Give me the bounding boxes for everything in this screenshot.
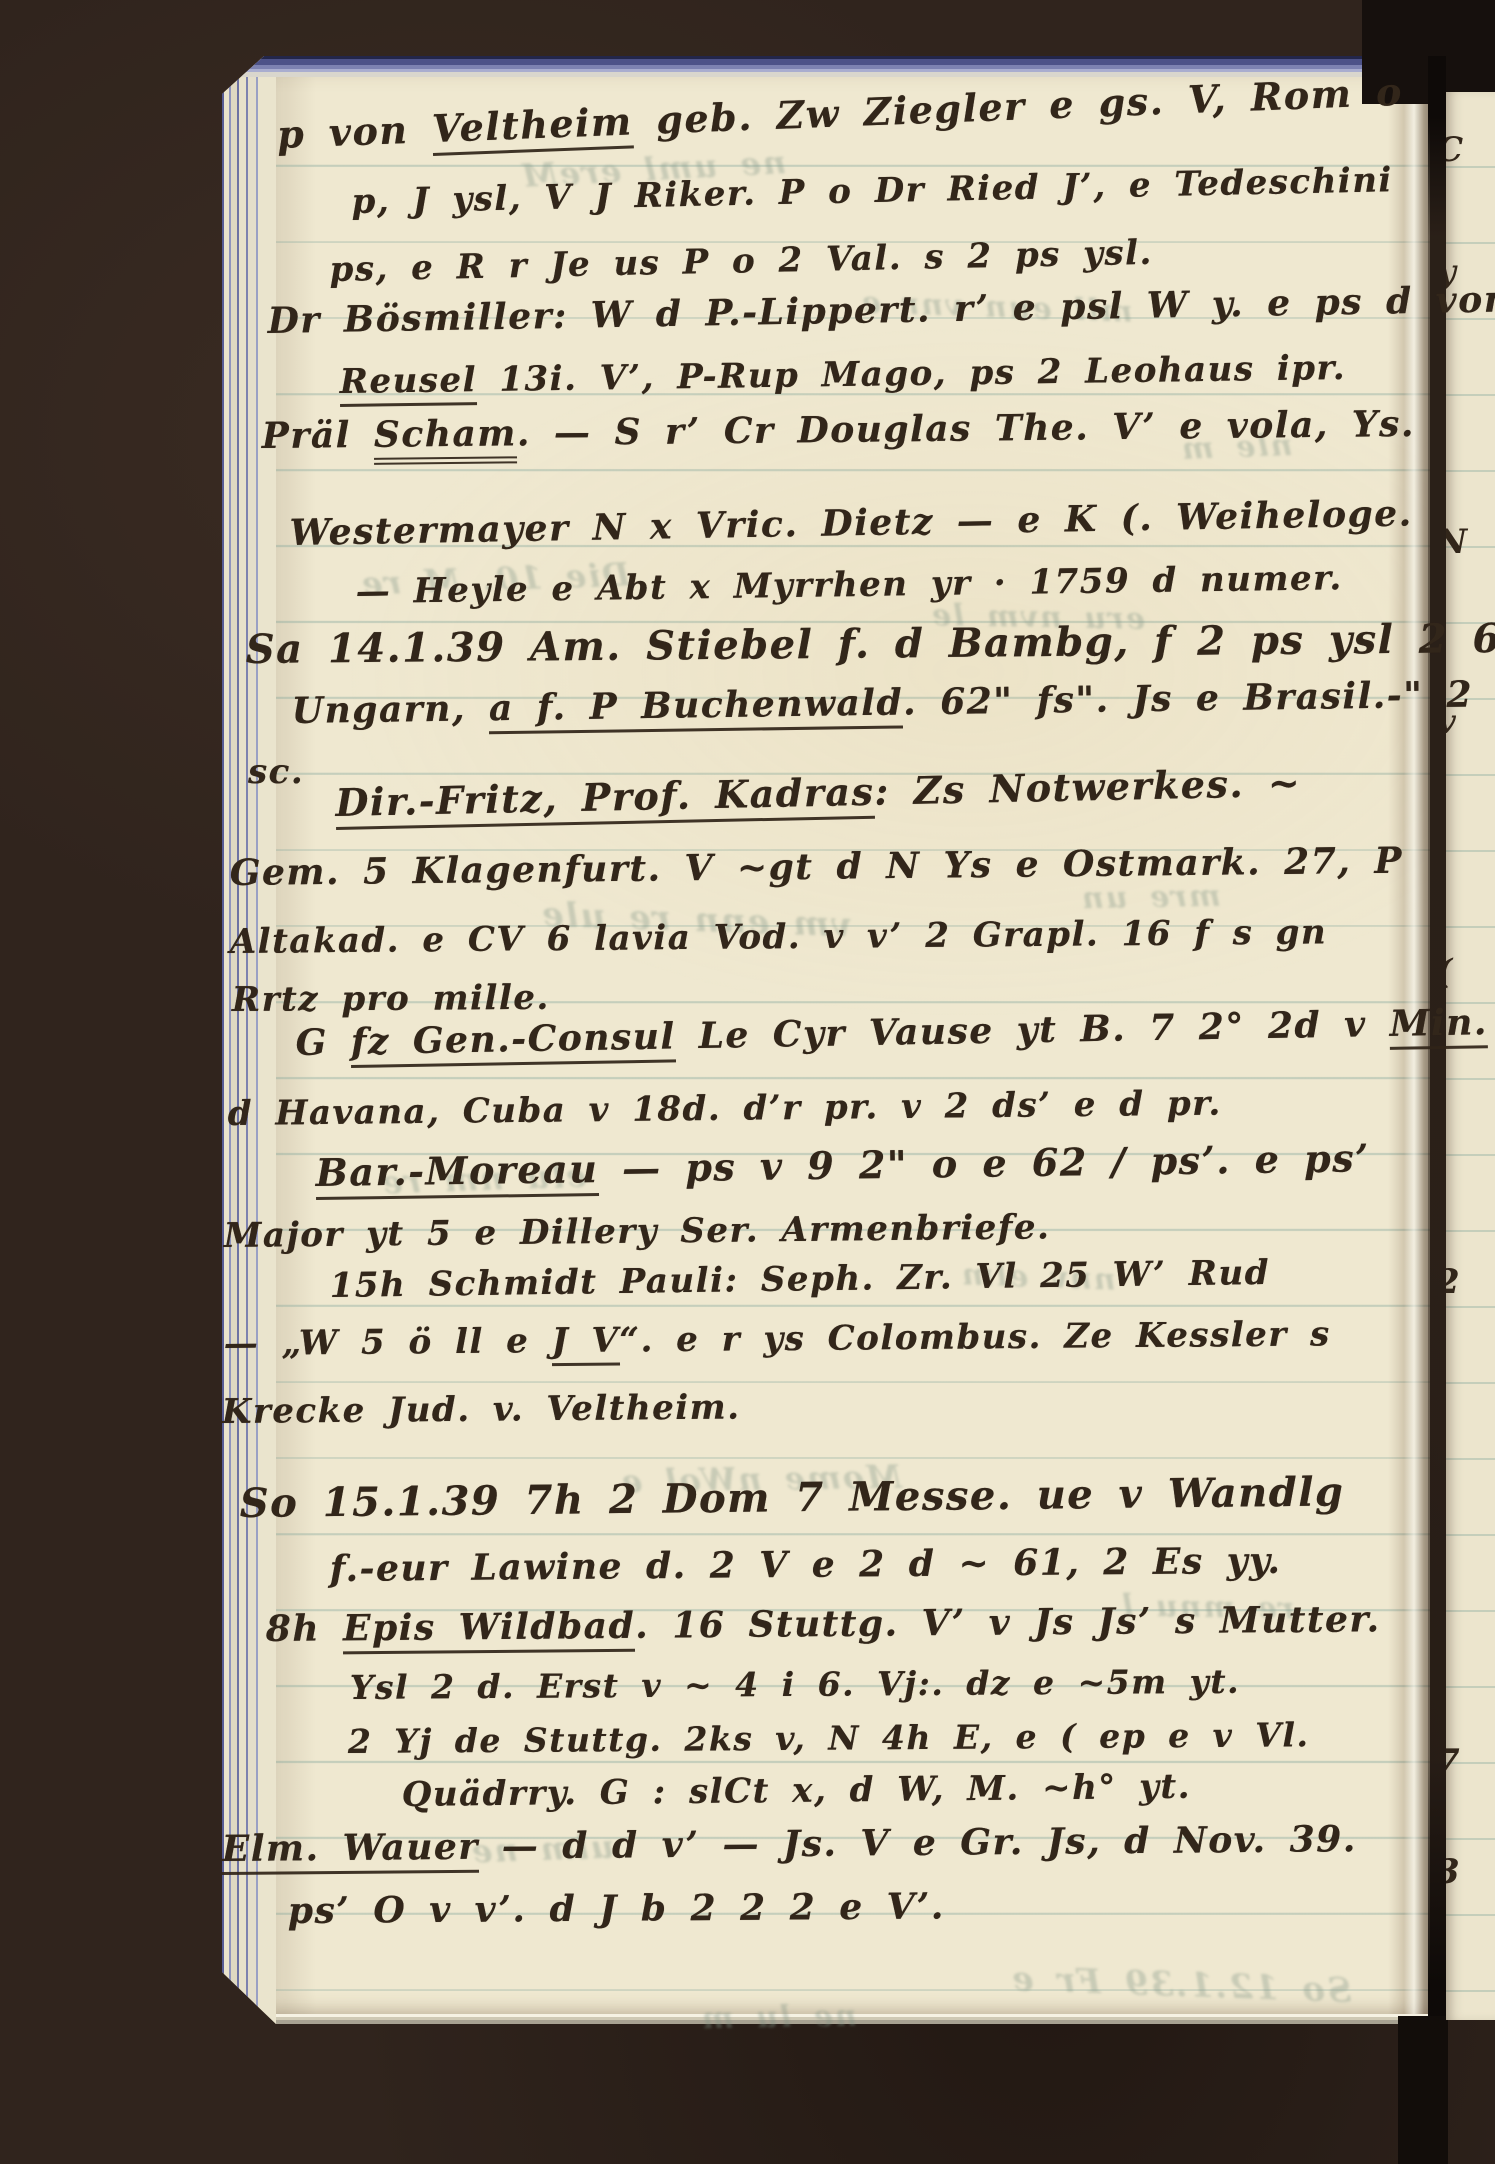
handwritten-line: — Heyle e Abt x Myrrhen yr · 1759 d nume… xyxy=(355,558,1343,612)
handwritten-line: Dir.-Fritz, Prof. Kadras: Zs Notwerkes. … xyxy=(335,760,1302,825)
handwritten-line: ps, e R r Je us P o 2 Val. s 2 ps ysl. xyxy=(329,233,1153,290)
handwritten-line: Westermayer N x Vric. Dietz — e K (. Wei… xyxy=(289,492,1413,554)
handwritten-line: sc. xyxy=(248,752,304,792)
handwritten-line: Elm. Wauer — d d v’ — Js. V e Gr. Js, d … xyxy=(222,1818,1357,1870)
handwritten-line: Ungarn, a f. P Buchenwald. 62" fs". Js e… xyxy=(291,674,1473,732)
handwritten-line: 15h Schmidt Pauli: Seph. Zr. Vl 25 W’ Ru… xyxy=(329,1253,1270,1306)
handwritten-line: Reusel 13i. V’, P-Rup Mago, ps 2 Leohaus… xyxy=(339,348,1346,402)
handwritten-line: ps’ O v v’. d J b 2 2 2 e V’. xyxy=(288,1885,945,1932)
handwritten-line: p von Veltheim geb. Zw Ziegler e gs. V, … xyxy=(276,69,1403,157)
handwritten-line: Dr Bösmiller: W d P.-Lippert. r’ e psl W… xyxy=(267,278,1495,342)
handwritten-line: Ysl 2 d. Erst v ~ 4 i 6. Vj:. dz e ~5m y… xyxy=(350,1662,1240,1707)
handwritten-line: 2 Yj de Stuttg. 2ks v, N 4h E, e ( ep e … xyxy=(348,1715,1310,1761)
handwritten-line: So 15.1.39 7h 2 Dom 7 Messe. ue v Wandlg xyxy=(240,1468,1345,1527)
handwritten-line: p, J ysl, V J Riker. P o Dr Ried J’, e T… xyxy=(351,160,1393,222)
handwritten-line: Rrtz pro mille. xyxy=(232,978,550,1020)
handwritten-line: f.-eur Lawine d. 2 V e 2 d ~ 61, 2 Es yy… xyxy=(330,1540,1282,1590)
handwritten-line: d Havana, Cuba v 18d. d’r pr. v 2 ds’ e … xyxy=(228,1084,1222,1134)
handwritten-line: Präl Scham. — S r’ Cr Douglas The. V’ e … xyxy=(262,403,1416,457)
handwritten-line: Major yt 5 e Dillery Ser. Armenbriefe. xyxy=(224,1207,1051,1256)
handwritten-line: Altakad. e CV 6 lavia Vod. v v’ 2 Grapl.… xyxy=(230,912,1328,962)
handwritten-line: Sa 14.1.39 Am. Stiebel f. d Bambg, f 2 p… xyxy=(246,614,1495,673)
handwritten-line: Krecke Jud. v. Veltheim. xyxy=(222,1387,741,1432)
handwritten-line: — „W 5 ö ll e J V“. e r ys Colombus. Ze … xyxy=(224,1314,1331,1364)
handwritten-line: 8h Epis Wildbad. 16 Stuttg. V’ v Js Js’ … xyxy=(266,1598,1381,1650)
handwritten-line: Bar.-Moreau — ps v 9 2" o e 62 / ps’. e … xyxy=(315,1135,1370,1195)
handwritten-line: Gem. 5 Klagenfurt. V ~gt d N Ys e Ostmar… xyxy=(230,840,1404,894)
handwritten-line: Quädrry. G : slCt x, d W, M. ~h° yt. xyxy=(402,1767,1192,1815)
notebook-photo: CyNv(|273 ne uml ereMmll eun vnr eDie 10… xyxy=(0,0,1495,2164)
handwriting-layer: p von Veltheim geb. Zw Ziegler e gs. V, … xyxy=(0,0,1495,2164)
